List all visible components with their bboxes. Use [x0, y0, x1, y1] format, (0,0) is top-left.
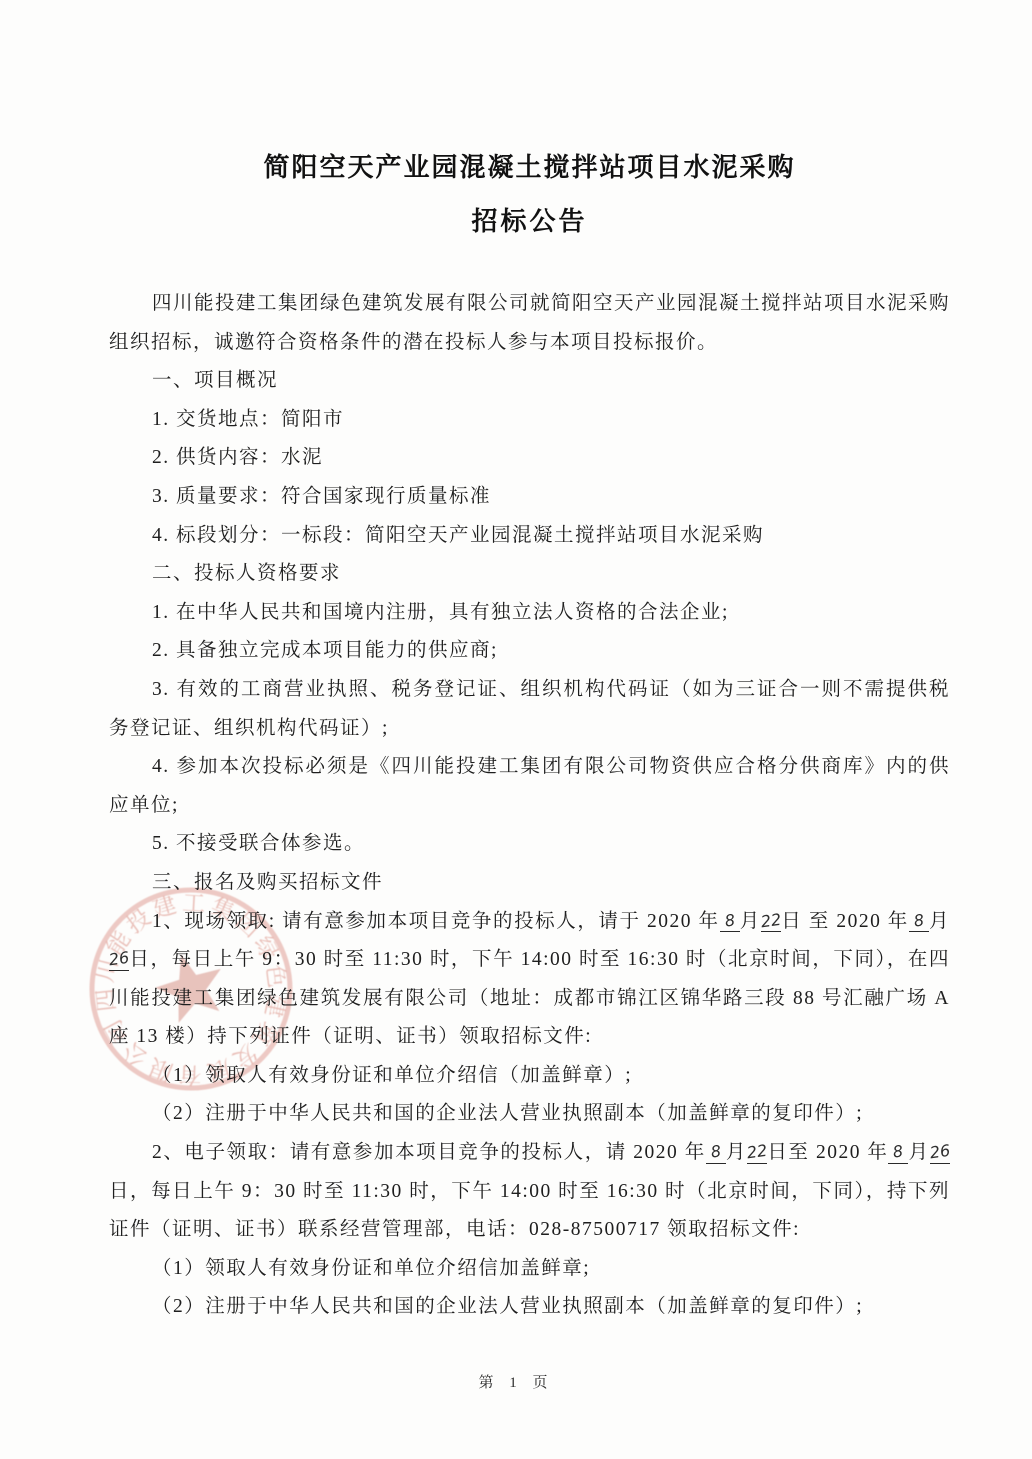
onsite-text-4: 月 [929, 911, 950, 932]
section2-item-1: 1. 在中华人民共和国境内注册，具有独立法人资格的合法企业; [109, 594, 950, 633]
onsite-item-1: （1）领取人有效身份证和单位介绍信（加盖鲜章）; [109, 1057, 950, 1096]
onsite-text-5: 日，每日上午 9：30 时至 11:30 时，下午 14:00 时至 16:30… [109, 949, 950, 1047]
section2-heading: 二、投标人资格要求 [109, 555, 950, 594]
intro-paragraph: 四川能投建工集团绿色建筑发展有限公司就简阳空天产业园混凝土搅拌站项目水泥采购组织… [109, 285, 950, 362]
section2-item-5: 5. 不接受联合体参选。 [109, 825, 950, 864]
onsite-text-1: 1、现场领取: 请有意参加本项目竞争的投标人，请于 2020 年 [152, 911, 720, 932]
section3-heading: 三、报名及购买招标文件 [109, 864, 950, 903]
electronic-text-3: 日至 2020 年 [767, 1142, 888, 1163]
handwritten-day: 26 [928, 1143, 950, 1162]
handwritten-day-blank: 22 [747, 1143, 767, 1164]
handwritten-month-blank: 8 [888, 1143, 908, 1164]
handwritten-month-blank: 8 [720, 912, 740, 933]
section1-item-2: 2. 供货内容：水泥 [109, 439, 950, 478]
section1-item-3: 3. 质量要求：符合国家现行质量标准 [109, 478, 950, 517]
document-title: 简阳空天产业园混凝土搅拌站项目水泥采购 [109, 147, 950, 187]
electronic-item-2: （2）注册于中华人民共和国的企业法人营业执照副本（加盖鲜章的复印件）; [109, 1288, 950, 1327]
electronic-text-1: 2、电子领取：请有意参加本项目竞争的投标人，请 2020 年 [152, 1142, 706, 1163]
electronic-item-1: （1）领取人有效身份证和单位介绍信加盖鲜章; [109, 1250, 950, 1289]
electronic-text-4: 月 [908, 1142, 929, 1163]
document-page: 四川能投建工集团绿色建筑发展有限公司 简阳空天产业园混凝土搅拌站项目水泥采购 招… [0, 0, 1032, 1459]
handwritten-day: 22 [760, 911, 782, 930]
handwritten-day: 22 [746, 1143, 768, 1162]
document-subtitle: 招标公告 [109, 201, 950, 241]
handwritten-month: 8 [892, 1143, 904, 1160]
handwritten-day-blank: 26 [109, 950, 129, 971]
onsite-pickup-paragraph: 1、现场领取: 请有意参加本项目竞争的投标人，请于 2020 年8月22日 至 … [109, 903, 950, 1057]
section2-item-4: 4. 参加本次投标必须是《四川能投建工集团有限公司物资供应合格分供商库》内的供应… [109, 748, 950, 825]
handwritten-month: 8 [710, 1143, 722, 1160]
handwritten-month-blank: 8 [706, 1143, 726, 1164]
electronic-text-5: 日，每日上午 9：30 时至 11:30 时，下午 14:00 时至 16:30… [109, 1181, 950, 1241]
section2-item-3: 3. 有效的工商营业执照、税务登记证、组织机构代码证（如为三证合一则不需提供税务… [109, 671, 950, 748]
section2-item-2: 2. 具备独立完成本项目能力的供应商; [109, 632, 950, 671]
handwritten-month-blank: 8 [909, 912, 929, 933]
onsite-text-2: 月 [740, 911, 761, 932]
document-body: 四川能投建工集团绿色建筑发展有限公司就简阳空天产业园混凝土搅拌站项目水泥采购组织… [109, 285, 950, 1327]
onsite-text-3: 日 至 2020 年 [781, 911, 909, 932]
handwritten-day: 26 [108, 950, 130, 969]
handwritten-day-blank: 22 [761, 912, 781, 933]
handwritten-day-blank: 26 [930, 1143, 950, 1164]
electronic-pickup-paragraph: 2、电子领取：请有意参加本项目竞争的投标人，请 2020 年8月22日至 202… [109, 1134, 950, 1250]
section1-item-4: 4. 标段划分：一标段：简阳空天产业园混凝土搅拌站项目水泥采购 [109, 517, 950, 556]
onsite-item-2: （2）注册于中华人民共和国的企业法人营业执照副本（加盖鲜章的复印件）; [109, 1095, 950, 1134]
handwritten-month: 8 [913, 912, 925, 929]
page-number: 第 1 页 [0, 1371, 1032, 1392]
electronic-text-2: 月 [726, 1142, 747, 1163]
handwritten-month: 8 [723, 912, 735, 929]
section1-heading: 一、项目概况 [109, 362, 950, 401]
section1-item-1: 1. 交货地点：简阳市 [109, 401, 950, 440]
